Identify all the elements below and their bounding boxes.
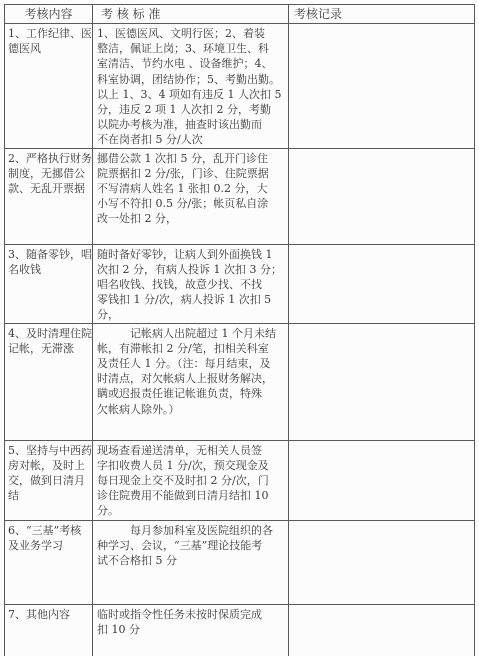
table-row: 7、其他内容 临时或指令性任务未按时保质完成 扣 10 分 (5, 604, 475, 656)
header-cell-standard: 考 核 标 准 (93, 5, 289, 24)
document-page: 考核内容 考 核 标 准 考核记录 1、工作纪律、医 德医风 1、医德医风、文明… (0, 0, 479, 656)
record-cell (289, 323, 475, 440)
content-cell: 7、其他内容 (5, 604, 93, 656)
content-cell: 1、工作纪律、医 德医风 (5, 24, 93, 149)
standard-cell: 1、医德医风、文明行医；2、着装 整洁，佩证上岗；3、环境卫生、科 室清洁、节约… (93, 24, 289, 149)
content-cell: 2、严格执行财务 制度，无挪借公 款、无乱开票据 (5, 148, 93, 244)
standard-cell: 挪借公款 1 次扣 5 分，乱开门诊住 院票据扣 2 分/张，门诊、住院票据 不… (93, 148, 289, 244)
content-cell: 4、及时清理住院 记帐，无滞涨 (5, 323, 93, 440)
table-row: 4、及时清理住院 记帐，无滞涨 记帐病人出院超过 1 个月未结 帐，有滞帐扣 2… (5, 323, 475, 440)
standard-cell: 每月参加科室及医院组织的各 种学习、会议，“三基”理论技能考 试不合格扣 5 分 (93, 520, 289, 604)
table-row: 3、随备零钞，唱 名收钱 随时备好零钞，让病人到外面换钱 1 次扣 2 分，有病… (5, 244, 475, 323)
standard-cell: 现场查看递送清单，无相关人员签 字扣收费人员 1 分/次，预交现金及 每日现金上… (93, 440, 289, 520)
table-row: 1、工作纪律、医 德医风 1、医德医风、文明行医；2、着装 整洁，佩证上岗；3、… (5, 24, 475, 149)
header-row: 考核内容 考 核 标 准 考核记录 (5, 5, 475, 24)
standard-cell: 临时或指令性任务未按时保质完成 扣 10 分 (93, 604, 289, 656)
standard-cell: 随时备好零钞，让病人到外面换钱 1 次扣 2 分，有病人投诉 1 次扣 3 分；… (93, 244, 289, 323)
table-row: 6、“三基”考核 及业务学习 每月参加科室及医院组织的各 种学习、会议，“三基”… (5, 520, 475, 604)
content-cell: 5、坚持与中西药 房对帐，及时上 交，做到日清月 结 (5, 440, 93, 520)
record-cell (289, 148, 475, 244)
content-cell: 6、“三基”考核 及业务学习 (5, 520, 93, 604)
table-row: 2、严格执行财务 制度，无挪借公 款、无乱开票据 挪借公款 1 次扣 5 分，乱… (5, 148, 475, 244)
record-cell (289, 520, 475, 604)
header-cell-record: 考核记录 (289, 5, 475, 24)
table-row: 5、坚持与中西药 房对帐，及时上 交，做到日清月 结 现场查看递送清单，无相关人… (5, 440, 475, 520)
content-cell: 3、随备零钞，唱 名收钱 (5, 244, 93, 323)
standard-cell: 记帐病人出院超过 1 个月未结 帐，有滞帐扣 2 分/笔，扣相关科室 及责任人 … (93, 323, 289, 440)
assessment-table: 考核内容 考 核 标 准 考核记录 1、工作纪律、医 德医风 1、医德医风、文明… (4, 4, 475, 656)
record-cell (289, 244, 475, 323)
record-cell (289, 440, 475, 520)
record-cell (289, 24, 475, 149)
header-cell-content: 考核内容 (5, 5, 93, 24)
record-cell (289, 604, 475, 656)
